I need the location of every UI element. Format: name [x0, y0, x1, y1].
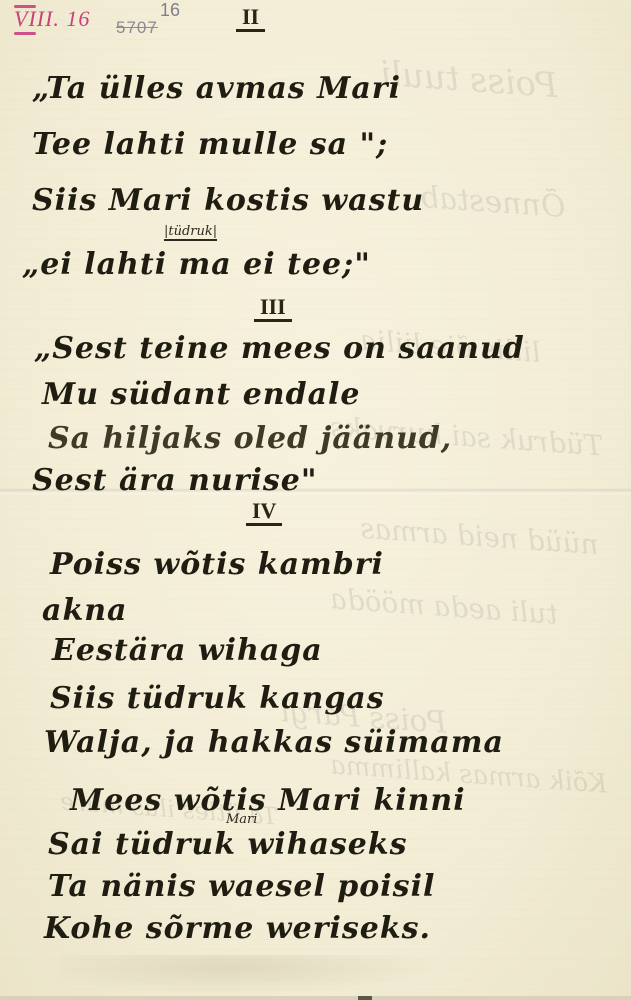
paper-crease — [60, 955, 440, 995]
edge-mark — [358, 996, 372, 1000]
verse-line: akna — [42, 596, 127, 626]
manuscript-page: Poiss tuuli Õnnestab lillis õie liilia T… — [0, 0, 631, 1000]
bleed-through-text: Poiss tuuli — [379, 54, 559, 106]
paper-edge — [0, 996, 631, 1000]
verse-line: Sa hiljaks oled jäänud, — [48, 424, 452, 454]
verse-line: Sai tüdruk wihaseks — [48, 830, 408, 860]
verse-line: Tee lahti mulle sa "; — [32, 130, 388, 160]
verse-line: Kohe sõrme weriseks. — [44, 914, 431, 944]
verse-line: „ei lahti ma ei tee;" — [22, 250, 371, 280]
verse-line: „Ta ülles avmas Mari — [32, 74, 401, 104]
bleed-through-text: nüüd neid armas — [359, 512, 600, 562]
verse-line: Siis tüdruk kangas — [50, 684, 385, 714]
section-number-ii: II — [236, 6, 265, 32]
verse-line: Mu südant endale — [42, 380, 361, 410]
verse-line: Siis Mari kostis wastu — [32, 186, 424, 216]
catalog-mark: VIII. 16 — [14, 6, 90, 32]
verse-line: Poiss wõtis kambri — [50, 550, 384, 580]
verse-line: Sest ära nurise" — [32, 466, 318, 496]
bleed-through-text: Õnnestab — [419, 180, 567, 225]
new-catalog-number: 16 — [160, 0, 180, 21]
verse-line: Ta nänis waesel poisil — [48, 872, 435, 902]
old-catalog-number: 5707 — [116, 18, 158, 38]
section-number-iv: IV — [246, 500, 282, 526]
section-number-iii: III — [254, 296, 292, 322]
insertion-note: Mari — [226, 812, 257, 827]
verse-line: Eestära wihaga — [52, 636, 323, 666]
verse-line: Mees wõtis Mari kinni — [70, 786, 466, 816]
verse-line: „Sest teine mees on saanud — [34, 334, 525, 364]
bleed-through-text: tuli aeda mööda — [329, 582, 559, 631]
verse-line: Walja, ja hakkas süimama — [44, 728, 504, 758]
insertion-note: |tüdruk| — [164, 224, 217, 241]
